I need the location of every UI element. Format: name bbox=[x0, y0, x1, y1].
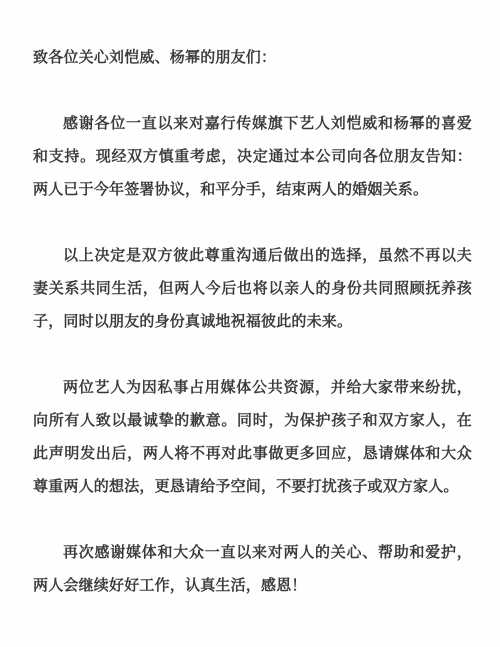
statement-document: 致各位关心刘恺威、杨幂的朋友们： 感谢各位一直以来对嘉行传媒旗下艺人刘恺威和杨幂… bbox=[0, 0, 500, 647]
statement-paragraph-apology-and-request: 两位艺人为因私事占用媒体公共资源，并给大家带来纷扰，向所有人致以最诚挚的歉意。同… bbox=[33, 371, 472, 503]
statement-salutation: 致各位关心刘恺威、杨幂的朋友们： bbox=[33, 41, 472, 74]
statement-paragraph-decision-and-children: 以上决定是双方彼此尊重沟通后做出的选择，虽然不再以夫妻关系共同生活，但两人今后也… bbox=[33, 239, 472, 338]
statement-paragraph-closing-gratitude: 再次感谢媒体和大众一直以来对两人的关心、帮助和爱护，两人会继续好好工作，认真生活… bbox=[33, 536, 472, 602]
statement-paragraph-thanks-and-announcement: 感谢各位一直以来对嘉行传媒旗下艺人刘恺威和杨幂的喜爱和支持。现经双方慎重考虑，决… bbox=[33, 107, 472, 206]
